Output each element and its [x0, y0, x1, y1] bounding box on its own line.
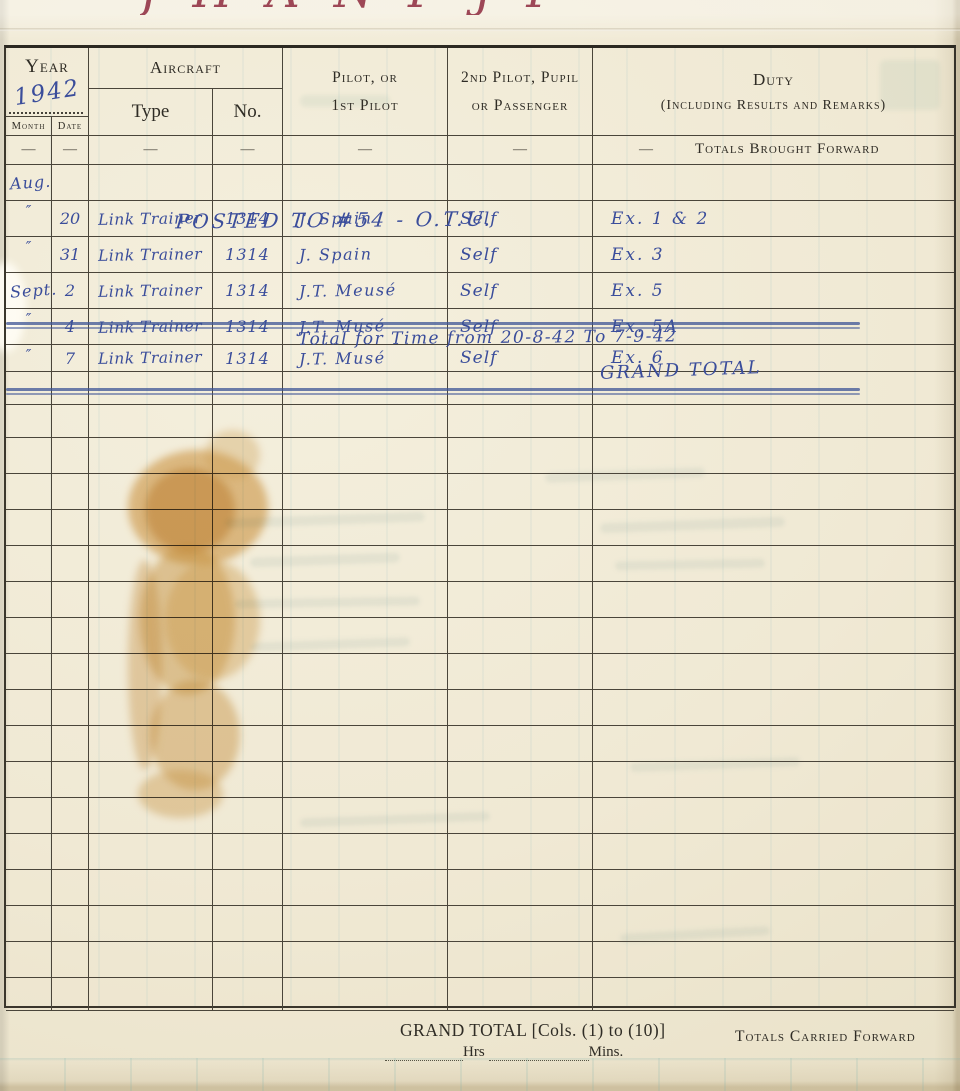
duty-cell: Ex. 1 & 2 — [593, 201, 954, 237]
empty-cell — [283, 690, 448, 726]
empty-cell — [89, 762, 213, 798]
second-pilot-entry: Self — [460, 245, 497, 265]
empty-cell — [6, 618, 52, 654]
no-cell: 1314 — [213, 345, 283, 372]
date-entry: 20 — [60, 209, 80, 228]
month-cell: Aug. — [6, 165, 52, 201]
empty-row — [6, 474, 954, 510]
empty-cell — [448, 978, 593, 1011]
pilot-header-cell: Pilot, or 1st Pilot — [283, 48, 448, 136]
empty-cell — [213, 510, 283, 546]
time-total-row — [6, 372, 954, 405]
year-header-cell: Year 1942 Month Date — [6, 48, 89, 136]
empty-cell — [89, 438, 213, 474]
date-column-header: Date — [52, 117, 88, 135]
empty-cell — [89, 978, 213, 1011]
type-cell: Link Trainer — [89, 345, 213, 372]
empty-cell — [593, 978, 954, 1011]
empty-row — [6, 654, 954, 690]
empty-cell — [89, 582, 213, 618]
date-entry: 31 — [60, 245, 80, 264]
empty-cell — [89, 510, 213, 546]
empty-cell — [213, 942, 283, 978]
second-pilot-entry: Self — [460, 348, 497, 368]
empty-cell — [593, 510, 954, 546]
pilot-header-line1: Pilot, or — [332, 69, 398, 87]
empty-cell — [283, 546, 448, 582]
duty-cell — [593, 405, 954, 438]
duty-entry: Ex. 3 — [611, 245, 665, 265]
empty-cell — [283, 942, 448, 978]
empty-cell — [448, 654, 593, 690]
empty-cell — [213, 654, 283, 690]
empty-cell — [52, 510, 89, 546]
pilot-cell — [283, 372, 448, 405]
month-cell: ″ — [6, 237, 52, 273]
dash-mark: — — [213, 135, 283, 165]
empty-cell — [283, 618, 448, 654]
mins-dotted-leader — [489, 1046, 589, 1061]
no-cell: 1314 — [213, 309, 283, 345]
empty-row — [6, 798, 954, 834]
empty-cell — [6, 762, 52, 798]
empty-cell — [448, 834, 593, 870]
empty-cell — [52, 942, 89, 978]
logbook-table: Year 1942 Month Date Aircraft Type No. P… — [4, 45, 956, 1008]
month-column-header: Month — [6, 117, 52, 135]
empty-cell — [213, 726, 283, 762]
empty-row — [6, 582, 954, 618]
empty-cell — [6, 942, 52, 978]
brought-forward-cell: — Totals Brought Forward — [593, 135, 954, 165]
aircraft-no-entry: 1314 — [225, 317, 270, 336]
hrs-dotted-leader — [385, 1046, 463, 1061]
grand-total-footer-label: GRAND TOTAL [Cols. (1) to (10)] — [400, 1020, 666, 1041]
month-entry: ″ — [26, 238, 32, 256]
empty-cell — [52, 834, 89, 870]
empty-row — [6, 690, 954, 726]
second-pilot-cell — [448, 165, 593, 201]
month-entry: ″ — [26, 202, 32, 220]
empty-cell — [52, 762, 89, 798]
empty-row — [6, 726, 954, 762]
empty-cell — [6, 834, 52, 870]
empty-cell — [52, 654, 89, 690]
date-cell — [52, 405, 89, 438]
month-cell — [6, 405, 52, 438]
empty-cell — [89, 654, 213, 690]
empty-cell — [283, 510, 448, 546]
cut-off-red-handwriting: JHANFJF — [140, 0, 880, 15]
month-cell: ″ — [6, 345, 52, 372]
empty-cell — [448, 942, 593, 978]
empty-cell — [283, 906, 448, 942]
empty-cell — [593, 546, 954, 582]
pilot-cell: J.T. Meusé — [283, 273, 448, 309]
empty-cell — [52, 618, 89, 654]
second-pilot-cell: Self — [448, 273, 593, 309]
empty-cell — [448, 762, 593, 798]
empty-cell — [213, 438, 283, 474]
empty-cell — [89, 942, 213, 978]
empty-cell — [283, 582, 448, 618]
month-cell: ″ — [6, 201, 52, 237]
type-cell: Link Trainer — [89, 237, 213, 273]
grand-total-row — [6, 405, 954, 438]
empty-cell — [448, 726, 593, 762]
mins-label: Mins. — [589, 1044, 624, 1061]
type-cell — [89, 165, 213, 201]
empty-row — [6, 546, 954, 582]
month-entry: ″ — [26, 346, 32, 364]
empty-cell — [89, 474, 213, 510]
empty-cell — [213, 834, 283, 870]
empty-cell — [6, 798, 52, 834]
empty-cell — [593, 438, 954, 474]
empty-cell — [593, 618, 954, 654]
empty-cell — [6, 438, 52, 474]
empty-cell — [593, 726, 954, 762]
empty-cell — [213, 978, 283, 1011]
dash-mark: — — [639, 142, 653, 158]
empty-row — [6, 870, 954, 906]
no-cell — [213, 405, 283, 438]
empty-cell — [6, 690, 52, 726]
aircraft-label: Aircraft — [89, 48, 282, 89]
no-cell: 1314 — [213, 237, 283, 273]
empty-cell — [593, 474, 954, 510]
logbook-page: JHANFJF Year 1942 Month Date Aircraft — [0, 0, 960, 1091]
date-entry: 7 — [65, 349, 75, 368]
second-pilot-cell: Self — [448, 345, 593, 372]
aircraft-type-entry: Link Trainer — [98, 245, 202, 265]
no-cell — [213, 165, 283, 201]
date-cell: 2 — [52, 273, 89, 309]
empty-cell — [448, 690, 593, 726]
empty-cell — [52, 978, 89, 1011]
aircraft-type-entry: Link Trainer — [98, 317, 202, 337]
month-entry: Aug. — [9, 172, 51, 194]
type-cell: Link Trainer — [89, 309, 213, 345]
duty-cell: Ex. 5 — [593, 273, 954, 309]
table-row: ″ 7 Link Trainer 1314 J.T. Musé Self Ex.… — [6, 345, 954, 372]
duty-header-line2: (Including Results and Remarks) — [661, 98, 886, 114]
page-crease — [0, 28, 960, 31]
empty-row — [6, 762, 954, 798]
aircraft-no-entry: 1314 — [225, 349, 270, 368]
empty-cell — [448, 582, 593, 618]
empty-cell — [213, 582, 283, 618]
duty-header-cell: Duty (Including Results and Remarks) — [593, 48, 954, 136]
empty-cell — [593, 654, 954, 690]
duty-header-line1: Duty — [753, 70, 794, 90]
empty-cell — [213, 762, 283, 798]
pilot-header-line2: 1st Pilot — [331, 97, 398, 115]
empty-cell — [213, 690, 283, 726]
empty-cell — [6, 510, 52, 546]
empty-cell — [213, 906, 283, 942]
empty-cell — [283, 834, 448, 870]
empty-cell — [448, 546, 593, 582]
empty-cell — [593, 690, 954, 726]
duty-cell — [593, 165, 954, 201]
empty-cell — [593, 870, 954, 906]
type-cell: Link Trainer — [89, 273, 213, 309]
empty-cell — [89, 546, 213, 582]
dash-mark: — — [6, 135, 52, 165]
pilot-cell — [283, 165, 448, 201]
empty-cell — [593, 834, 954, 870]
duty-entry: Ex. 5 — [611, 281, 665, 301]
date-cell: 4 — [52, 309, 89, 345]
empty-cell — [89, 906, 213, 942]
empty-row — [6, 978, 954, 1011]
second-pilot-header-line1: 2nd Pilot, Pupil — [461, 69, 579, 87]
pilot-entry: J. Spain — [299, 244, 373, 264]
table-row: Sept. 2 Link Trainer 1314 J.T. Meusé Sel… — [6, 273, 954, 309]
bottom-bleed-through-grid — [0, 1058, 960, 1091]
date-cell — [52, 372, 89, 405]
empty-cell — [448, 906, 593, 942]
totals-carried-forward-label: Totals Carried Forward — [735, 1028, 916, 1046]
second-pilot-cell — [448, 405, 593, 438]
empty-cell — [213, 618, 283, 654]
table-header: Year 1942 Month Date Aircraft Type No. P… — [6, 48, 954, 135]
empty-cell — [593, 798, 954, 834]
empty-cell — [52, 546, 89, 582]
dash-mark: — — [283, 135, 448, 165]
empty-row — [6, 438, 954, 474]
month-cell: Sept. — [6, 273, 52, 309]
posted-note-handwritten: POSTED TO #54 - O.T.U. — [175, 207, 495, 234]
empty-cell — [593, 942, 954, 978]
empty-cell — [448, 798, 593, 834]
empty-cell — [89, 618, 213, 654]
empty-cell — [593, 906, 954, 942]
empty-cell — [213, 546, 283, 582]
empty-rows — [6, 438, 954, 1011]
hrs-mins-line: Hrs Mins. — [385, 1044, 623, 1061]
empty-cell — [52, 438, 89, 474]
empty-cell — [52, 582, 89, 618]
aircraft-type-entry: Link Trainer — [98, 348, 202, 368]
empty-cell — [6, 582, 52, 618]
totals-brought-forward-label: Totals Brought Forward — [695, 141, 879, 158]
month-entry: Sept. — [9, 279, 57, 301]
empty-row — [6, 510, 954, 546]
empty-cell — [6, 654, 52, 690]
posted-row: Aug. — [6, 165, 954, 201]
type-cell — [89, 405, 213, 438]
empty-cell — [448, 510, 593, 546]
empty-cell — [283, 726, 448, 762]
empty-cell — [52, 726, 89, 762]
empty-cell — [283, 762, 448, 798]
date-entry: 2 — [65, 281, 75, 300]
empty-cell — [283, 474, 448, 510]
aircraft-header-cell: Aircraft Type No. — [89, 48, 283, 136]
empty-cell — [6, 726, 52, 762]
date-cell: 20 — [52, 201, 89, 237]
empty-cell — [448, 438, 593, 474]
empty-cell — [283, 654, 448, 690]
date-cell — [52, 165, 89, 201]
no-column-header: No. — [213, 89, 282, 135]
empty-cell — [6, 474, 52, 510]
empty-row — [6, 942, 954, 978]
empty-cell — [52, 870, 89, 906]
second-pilot-header-cell: 2nd Pilot, Pupil or Passenger — [448, 48, 593, 136]
empty-cell — [52, 906, 89, 942]
empty-cell — [448, 870, 593, 906]
empty-row — [6, 834, 954, 870]
type-column-header: Type — [89, 89, 213, 135]
month-cell: ″ — [6, 309, 52, 345]
empty-cell — [89, 726, 213, 762]
empty-cell — [6, 546, 52, 582]
no-cell: 1314 — [213, 273, 283, 309]
empty-cell — [593, 582, 954, 618]
empty-cell — [213, 870, 283, 906]
brought-forward-row: — — — — — — — Totals Brought Forward — [6, 135, 954, 165]
pilot-entry: J.T. Musé — [299, 348, 386, 369]
empty-cell — [89, 798, 213, 834]
empty-row — [6, 906, 954, 942]
date-entry: 4 — [65, 317, 75, 336]
pilot-entry: J.T. Meusé — [299, 280, 397, 301]
empty-row — [6, 618, 954, 654]
second-pilot-cell: Self — [448, 237, 593, 273]
empty-cell — [52, 474, 89, 510]
empty-cell — [6, 870, 52, 906]
type-cell — [89, 372, 213, 405]
duty-cell: Ex. 3 — [593, 237, 954, 273]
year-value-handwritten: 1942 — [12, 75, 82, 111]
empty-cell — [283, 870, 448, 906]
empty-cell — [213, 474, 283, 510]
second-pilot-entry: Self — [460, 281, 497, 301]
empty-cell — [283, 798, 448, 834]
empty-cell — [6, 906, 52, 942]
empty-cell — [89, 834, 213, 870]
pilot-cell: J. Spain — [283, 237, 448, 273]
empty-cell — [448, 618, 593, 654]
date-cell: 31 — [52, 237, 89, 273]
empty-cell — [593, 762, 954, 798]
empty-cell — [283, 978, 448, 1011]
second-pilot-cell — [448, 372, 593, 405]
aircraft-type-entry: Link Trainer — [98, 281, 202, 301]
no-cell — [213, 372, 283, 405]
empty-cell — [6, 978, 52, 1011]
dash-mark: — — [89, 135, 213, 165]
empty-cell — [283, 438, 448, 474]
empty-cell — [89, 690, 213, 726]
month-cell — [6, 372, 52, 405]
year-dotted-line — [9, 112, 83, 114]
dash-mark: — — [52, 135, 89, 165]
duty-entry: Ex. 1 & 2 — [611, 209, 709, 229]
dash-mark: — — [448, 135, 593, 165]
date-cell: 7 — [52, 345, 89, 372]
empty-cell — [448, 474, 593, 510]
hrs-label: Hrs — [463, 1044, 485, 1061]
table-row: ″ 31 Link Trainer 1314 J. Spain Self Ex.… — [6, 237, 954, 273]
time-total-note-handwritten: Total for Time from 20-8-42 To 7-9-42 — [298, 326, 678, 349]
second-pilot-header-line2: or Passenger — [472, 97, 569, 115]
empty-cell — [52, 690, 89, 726]
month-entry: ″ — [26, 310, 32, 328]
empty-cell — [52, 798, 89, 834]
aircraft-no-entry: 1314 — [225, 245, 270, 264]
empty-cell — [213, 798, 283, 834]
aircraft-no-entry: 1314 — [225, 281, 270, 300]
empty-cell — [89, 870, 213, 906]
pilot-cell — [283, 405, 448, 438]
